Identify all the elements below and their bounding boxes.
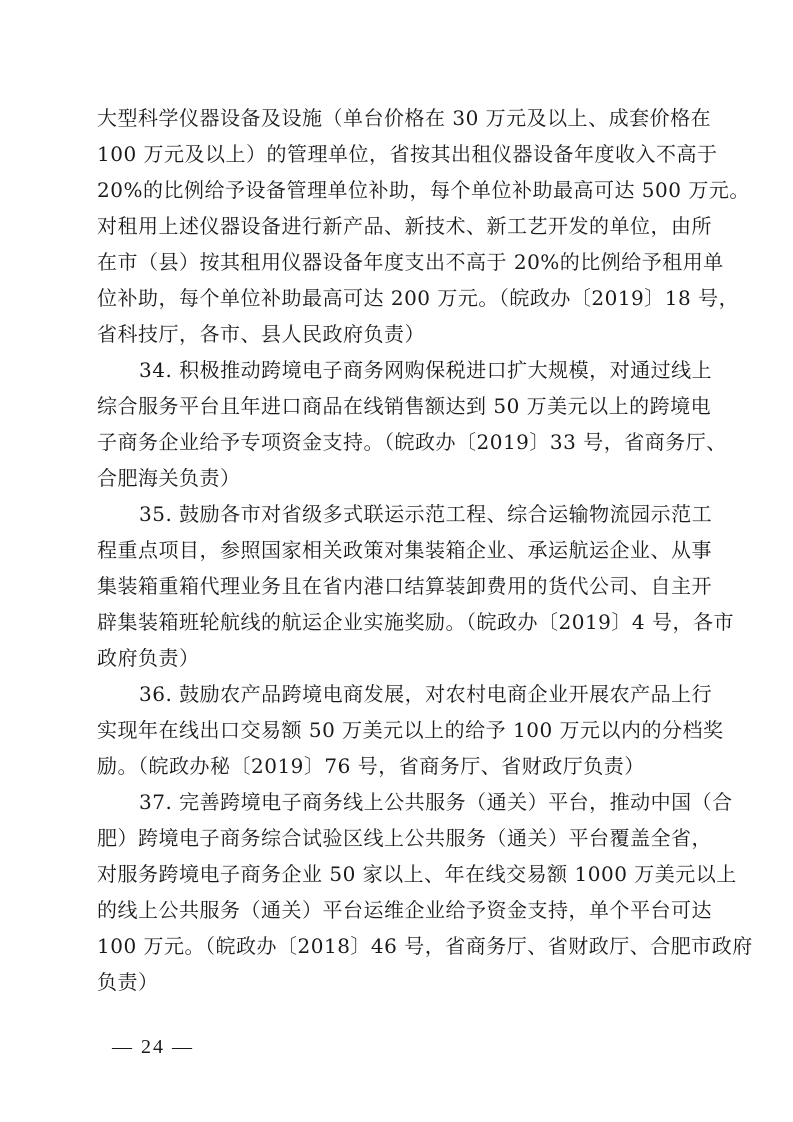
text-line: 实现年在线出口交易额 50 万美元以上的给予 100 万元以内的分档奖 (97, 712, 699, 748)
text-line: 负责） (97, 964, 699, 1000)
paragraph-item-37: 37. 完善跨境电子商务线上公共服务（通关）平台，推动中国（合 肥）跨境电子商务… (97, 784, 699, 1000)
text-line: 综合服务平台且年进口商品在线销售额达到 50 万美元以上的跨境电 (97, 388, 699, 424)
text-line: 位补助，每个单位补助最高可达 200 万元。（皖政办〔2019〕18 号， (97, 280, 699, 316)
text-line: 对租用上述仪器设备进行新产品、新技术、新工艺开发的单位，由所 (97, 208, 699, 244)
text-line: 36. 鼓励农产品跨境电商发展，对农村电商企业开展农产品上行 (97, 676, 699, 712)
text-line: 辟集装箱班轮航线的航运企业实施奖励。（皖政办〔2019〕4 号，各市 (97, 604, 699, 640)
text-line: 省科技厅，各市、县人民政府负责） (97, 316, 699, 352)
paragraph-item-35: 35. 鼓励各市对省级多式联运示范工程、综合运输物流园示范工 程重点项目，参照国… (97, 496, 699, 676)
text-line: 子商务企业给予专项资金支持。（皖政办〔2019〕33 号，省商务厅、 (97, 424, 699, 460)
text-line: 100 万元及以上）的管理单位，省按其出租仪器设备年度收入不高于 (97, 136, 699, 172)
paragraph-continuation: 大型科学仪器设备及设施（单台价格在 30 万元及以上、成套价格在 100 万元及… (97, 100, 699, 352)
document-body: 大型科学仪器设备及设施（单台价格在 30 万元及以上、成套价格在 100 万元及… (97, 100, 699, 1000)
text-line: 大型科学仪器设备及设施（单台价格在 30 万元及以上、成套价格在 (97, 100, 699, 136)
text-line: 励。（皖政办秘〔2019〕76 号，省商务厅、省财政厅负责） (97, 748, 699, 784)
text-line: 34. 积极推动跨境电子商务网购保税进口扩大规模，对通过线上 (97, 352, 699, 388)
text-line: 合肥海关负责） (97, 460, 699, 496)
page-number: — 24 — (112, 1036, 194, 1059)
text-line: 37. 完善跨境电子商务线上公共服务（通关）平台，推动中国（合 (97, 784, 699, 820)
paragraph-item-34: 34. 积极推动跨境电子商务网购保税进口扩大规模，对通过线上 综合服务平台且年进… (97, 352, 699, 496)
text-line: 集装箱重箱代理业务且在省内港口结算装卸费用的货代公司、自主开 (97, 568, 699, 604)
text-line: 程重点项目，参照国家相关政策对集装箱企业、承运航运企业、从事 (97, 532, 699, 568)
text-line: 肥）跨境电子商务综合试验区线上公共服务（通关）平台覆盖全省， (97, 820, 699, 856)
text-line: 35. 鼓励各市对省级多式联运示范工程、综合运输物流园示范工 (97, 496, 699, 532)
text-line: 20%的比例给予设备管理单位补助，每个单位补助最高可达 500 万元。 (97, 172, 699, 208)
paragraph-item-36: 36. 鼓励农产品跨境电商发展，对农村电商企业开展农产品上行 实现年在线出口交易… (97, 676, 699, 784)
text-line: 在市（县）按其租用仪器设备年度支出不高于 20%的比例给予租用单 (97, 244, 699, 280)
text-line: 政府负责） (97, 640, 699, 676)
text-line: 对服务跨境电子商务企业 50 家以上、年在线交易额 1000 万美元以上 (97, 856, 699, 892)
text-line: 的线上公共服务（通关）平台运维企业给予资金支持，单个平台可达 (97, 892, 699, 928)
text-line: 100 万元。（皖政办〔2018〕46 号，省商务厅、省财政厅、合肥市政府 (97, 928, 699, 964)
